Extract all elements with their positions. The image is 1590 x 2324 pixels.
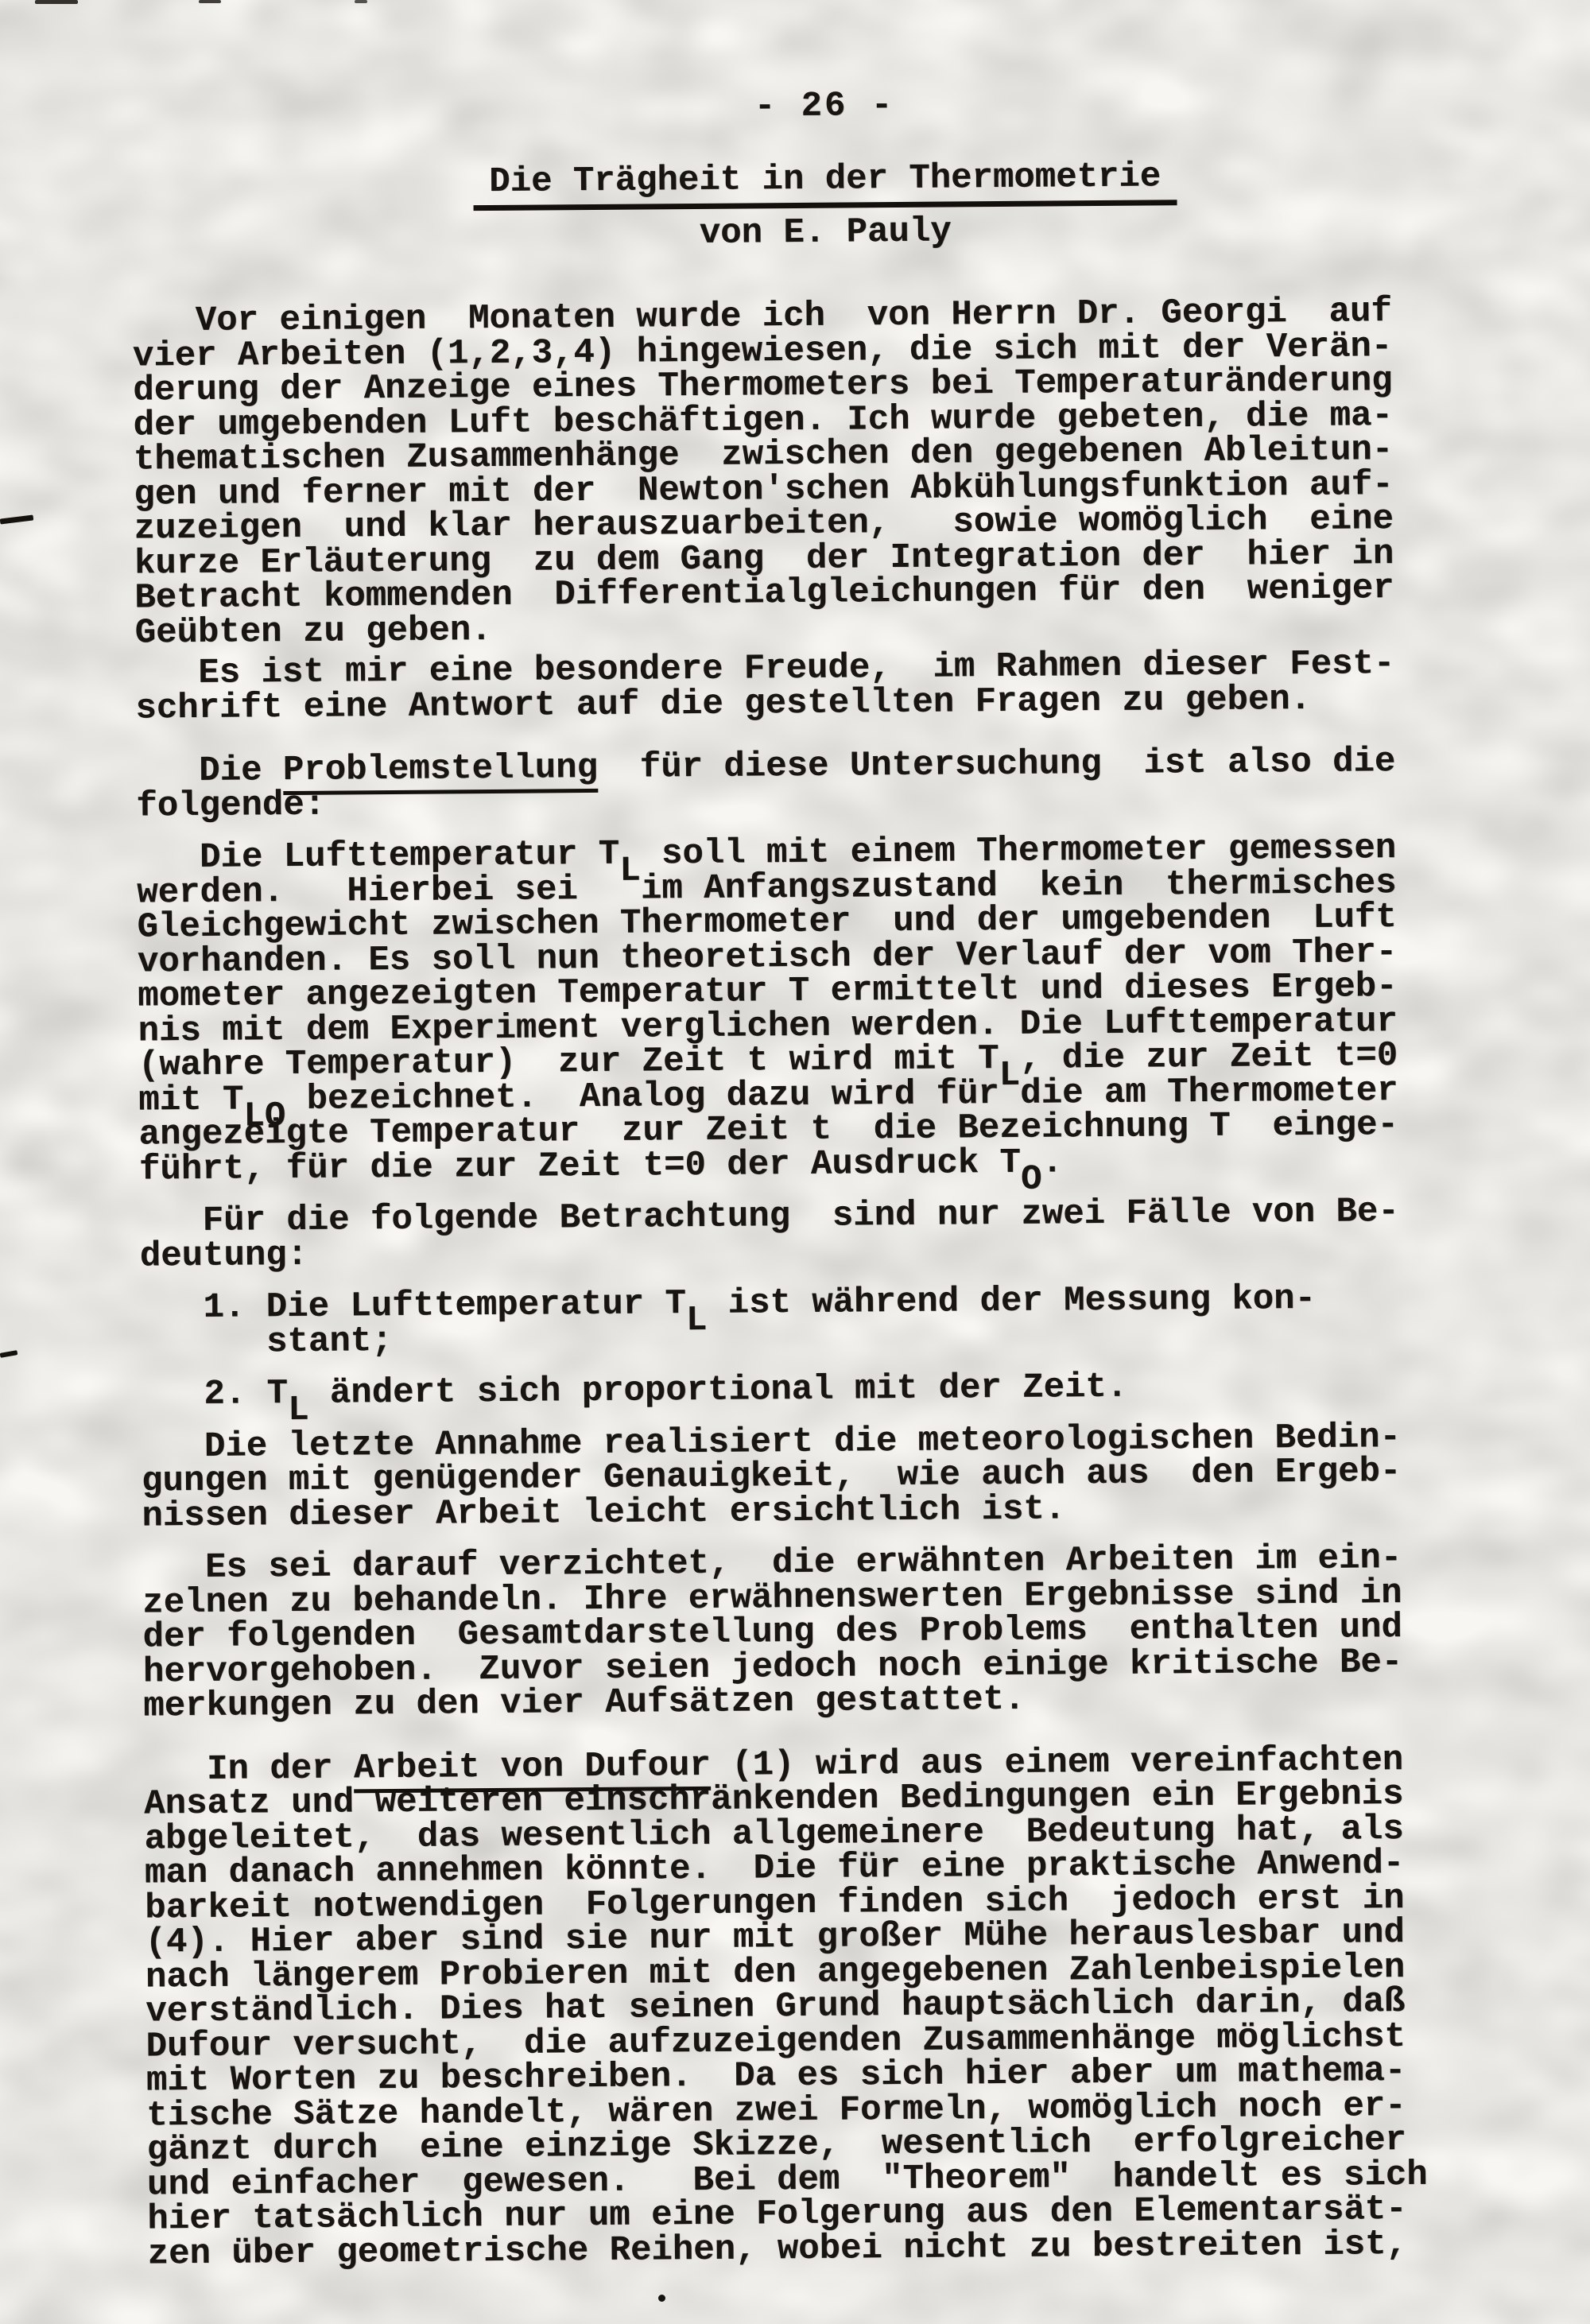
text-line: zen über geometrische Reihen, wobei nich… [148,2226,1590,2272]
scan-artifact [199,0,221,3]
paragraph: In der Arbeit von Dufour (1) wird aus ei… [144,1742,1590,2272]
scan-artifact [658,2295,665,2302]
document-body: Vor einigen Monaten wurde ich von Herrn … [0,293,1590,2273]
paragraph: Vor einigen Monaten wurde ich von Herrn … [133,293,1586,650]
document-title: Die Trägheit in der Thermometrie [473,157,1177,211]
text-line: schrift eine Antwort auf die gestellten … [135,681,1586,727]
byline: von E. Pauly [68,209,1583,256]
paragraph: Die Lufttemperatur TL soll mit einem The… [137,830,1590,1187]
paragraph: 2. TL ändert sich proportional mit der Z… [141,1367,1590,1413]
document-page: - 26 - Die Trägheit in der Thermometrie … [0,0,1590,2324]
paragraph: Die Problemstellung für diese Untersuchu… [136,743,1588,824]
text-line: 2. TL ändert sich proportional mit der Z… [141,1367,1590,1413]
paragraph: Für die folgende Betrachtung sind nur zw… [139,1193,1590,1274]
text-line: merkungen zu den vier Aufsätzen gestatte… [143,1678,1590,1725]
paragraph: Es ist mir eine besondere Freude, im Rah… [135,646,1587,726]
scan-artifact [35,0,78,4]
scan-artifact [355,0,367,3]
scanned-text-block: - 26 - Die Trägheit in der Thermometrie … [0,0,1590,2324]
paragraph: Es sei darauf verzichtet, die erwähnten … [142,1540,1590,1725]
page-header: - 26 - Die Trägheit in der Thermometrie … [0,0,1583,257]
title-row: Die Trägheit in der Thermometrie [68,154,1582,214]
text-line: führt, für die zur Zeit t=0 der Ausdruck… [139,1142,1590,1188]
paragraph: Die letzte Annahme realisiert die meteor… [142,1419,1590,1534]
page-number: - 26 - [67,83,1581,130]
text-line: nissen dieser Arbeit leicht ersichtlich … [142,1488,1590,1534]
paragraph: 1. Die Lufttemperatur TL ist während der… [140,1280,1590,1360]
